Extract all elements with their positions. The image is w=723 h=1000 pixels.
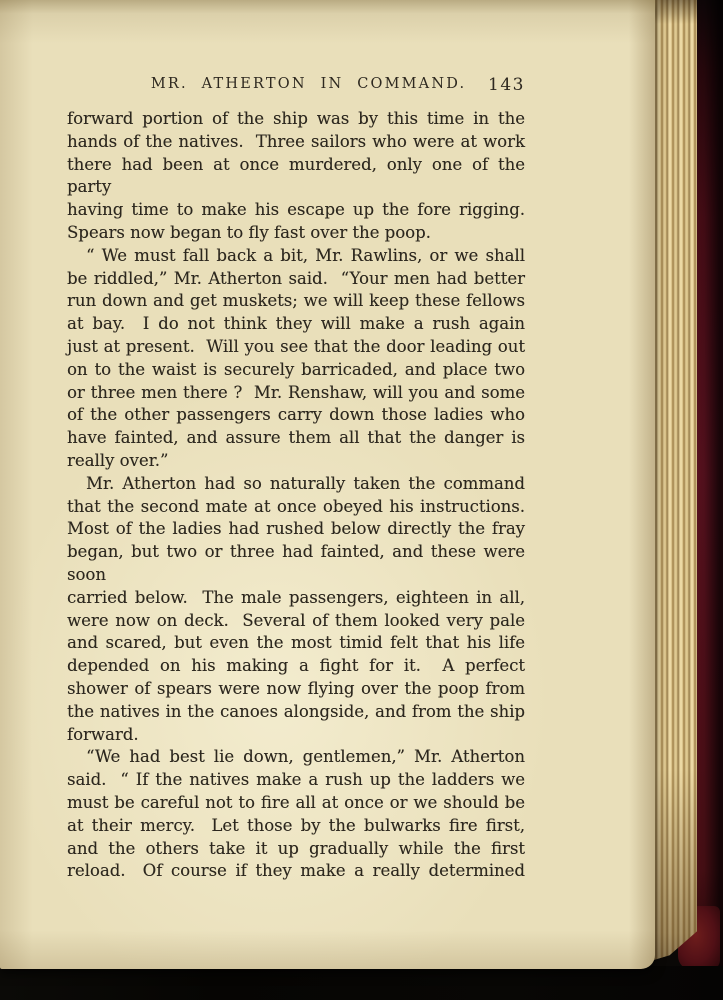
text-line: on to the waist is securely barricaded, … (67, 359, 525, 382)
text-line: and the others take it up gradually whil… (67, 838, 525, 861)
text-line: Mr. Atherton had so naturally taken the … (67, 473, 525, 496)
text-line: there had been at once murdered, only on… (67, 154, 525, 200)
text-line: at bay. I do not think they will make a … (67, 313, 525, 336)
text-line: forward portion of the ship was by this … (67, 108, 525, 131)
paragraph: Mr. Atherton had so naturally taken the … (67, 473, 525, 747)
book-photo: MR. ATHERTON IN COMMAND. 143 forward por… (0, 0, 723, 1000)
text-line: and scared, but even the most timid felt… (67, 632, 525, 655)
text-line: be riddled,” Mr. Atherton said. “Your me… (67, 268, 525, 291)
text-line: hands of the natives. Three sailors who … (67, 131, 525, 154)
text-line: “ We must fall back a bit, Mr. Rawlins, … (67, 245, 525, 268)
text-line: depended on his making a fight for it. A… (67, 655, 525, 678)
text-line: have fainted, and assure them all that t… (67, 427, 525, 450)
text-line: began, but two or three had fainted, and… (67, 541, 525, 587)
text-line: of the other passengers carry down those… (67, 404, 525, 427)
text-line: “We had best lie down, gentlemen,” Mr. A… (67, 746, 525, 769)
text-line: Most of the ladies had rushed below dire… (67, 518, 525, 541)
page-number: 143 (488, 75, 525, 95)
text-line: having time to make his escape up the fo… (67, 199, 525, 222)
page-body: forward portion of the ship was by this … (67, 108, 525, 883)
paragraph: “We had best lie down, gentlemen,” Mr. A… (67, 746, 525, 883)
text-line: reload. Of course if they make a really … (67, 860, 525, 883)
table-shadow-band (0, 966, 723, 1000)
page-header: MR. ATHERTON IN COMMAND. 143 (67, 75, 525, 97)
paragraph: “ We must fall back a bit, Mr. Rawlins, … (67, 245, 525, 473)
text-line: just at present. Will you see that the d… (67, 336, 525, 359)
book-page: MR. ATHERTON IN COMMAND. 143 forward por… (0, 0, 655, 969)
text-line: Spears now began to fly fast over the po… (67, 222, 525, 245)
text-line: shower of spears were now flying over th… (67, 678, 525, 701)
text-line: said. “ If the natives make a rush up th… (67, 769, 525, 792)
text-line: really over.” (67, 450, 525, 473)
text-line: run down and get muskets; we will keep t… (67, 290, 525, 313)
text-line: or three men there ? Mr. Renshaw, will y… (67, 382, 525, 405)
running-title: MR. ATHERTON IN COMMAND. (151, 76, 466, 92)
text-line: forward. (67, 724, 525, 747)
text-line: the natives in the canoes alongside, and… (67, 701, 525, 724)
text-line: that the second mate at once obeyed his … (67, 496, 525, 519)
text-line: carried below. The male passengers, eigh… (67, 587, 525, 610)
text-line: were now on deck. Several of them looked… (67, 610, 525, 633)
paragraph: forward portion of the ship was by this … (67, 108, 525, 245)
text-line: at their mercy. Let those by the bulwark… (67, 815, 525, 838)
text-line: must be careful not to fire all at once … (67, 792, 525, 815)
